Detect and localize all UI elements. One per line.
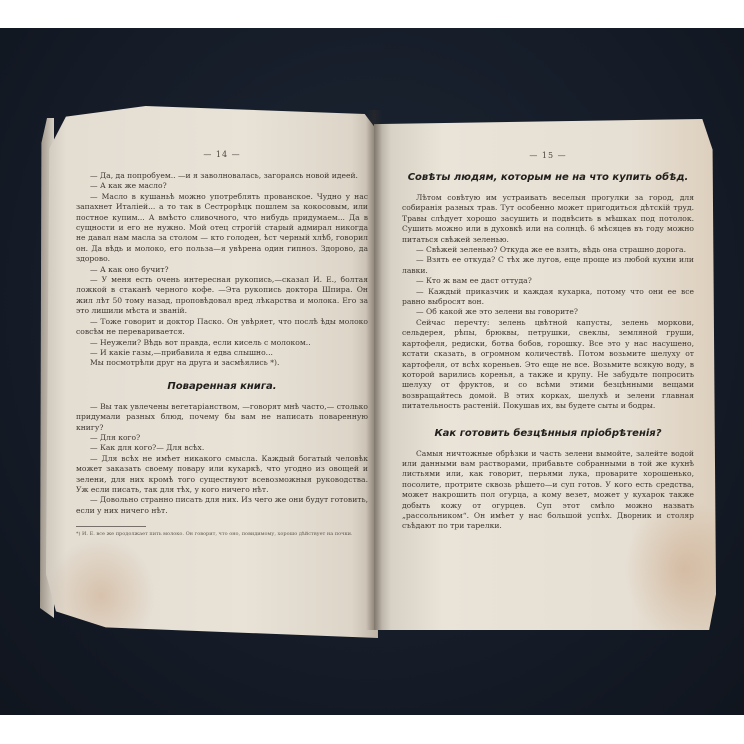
paragraph: — Да, да попробуем.. —и я заволновалась,…: [76, 171, 368, 181]
paragraph: — Каждый приказчик и каждая кухарка, пот…: [402, 287, 694, 308]
section-heading: Совѣты людям, которым не на что купить о…: [402, 172, 694, 183]
photo: — 14 — — Да, да попробуем.. —и я заволно…: [0, 0, 744, 744]
right-page: — 15 — Совѣты людям, которым не на что к…: [374, 119, 716, 630]
paragraph: — У меня есть очень интересная рукопись,…: [76, 275, 368, 317]
paragraph: — Кто ж вам ее даст оттуда?: [402, 276, 694, 286]
paragraph: Мы посмотрѣли друг на друга и засмѣялись…: [76, 358, 368, 368]
paragraph: — Довольно странно писать для них. Из че…: [76, 495, 368, 516]
paragraph: — Об какой же это зелени вы говорите?: [402, 307, 694, 317]
page-number: — 14 —: [76, 150, 368, 159]
paragraph: — Тоже говорит и доктор Паско. Он увѣряе…: [76, 317, 368, 338]
paragraph: Лѣтом совѣтую им устраивать веселыя прог…: [402, 193, 694, 245]
book-spine: [366, 110, 382, 630]
paragraph: — Свѣжей зеленью? Откуда же ее взять, вѣ…: [402, 245, 694, 255]
body-text: Лѣтом совѣтую им устраивать веселыя прог…: [402, 193, 694, 412]
paragraph: — Взять ее откуда? С тѣх же лугов, еще п…: [402, 255, 694, 276]
paragraph: — Как для кого?— Для всѣх.: [76, 443, 368, 453]
paragraph: — А как же масло?: [76, 181, 368, 191]
paragraph: — Масло в кушаньѣ можно употреблять пров…: [76, 192, 368, 265]
page-number: — 15 —: [402, 151, 694, 160]
paragraph: — Для кого?: [76, 433, 368, 443]
paragraph: Сейчас перечту: зелень цвѣтной капусты, …: [402, 318, 694, 412]
body-text: — Да, да попробуем.. —и я заволновалась,…: [76, 171, 368, 369]
body-text: — Вы так увлечены вегетарiанством, —гово…: [76, 402, 368, 516]
paragraph: — И какiе газы,—прибавила я едва слышно.…: [76, 348, 368, 358]
paragraph: — Для всѣх не имѣет никакого смысла. Каж…: [76, 454, 368, 496]
footnote: *) И. Е. все же продолжает пить молоко. …: [76, 531, 368, 538]
paragraph: — Вы так увлечены вегетарiанством, —гово…: [76, 402, 368, 433]
paragraph: — Неужели? Вѣдь вот правда, если кисель …: [76, 338, 368, 348]
footnote-rule: [76, 526, 146, 527]
section-heading: Как готовить безцѣнныя прiобрѣтенiя?: [402, 428, 694, 439]
left-page: — 14 — — Да, да попробуем.. —и я заволно…: [46, 106, 378, 638]
paragraph: — А как оно бучит?: [76, 265, 368, 275]
section-heading: Поваренная книга.: [76, 381, 368, 392]
